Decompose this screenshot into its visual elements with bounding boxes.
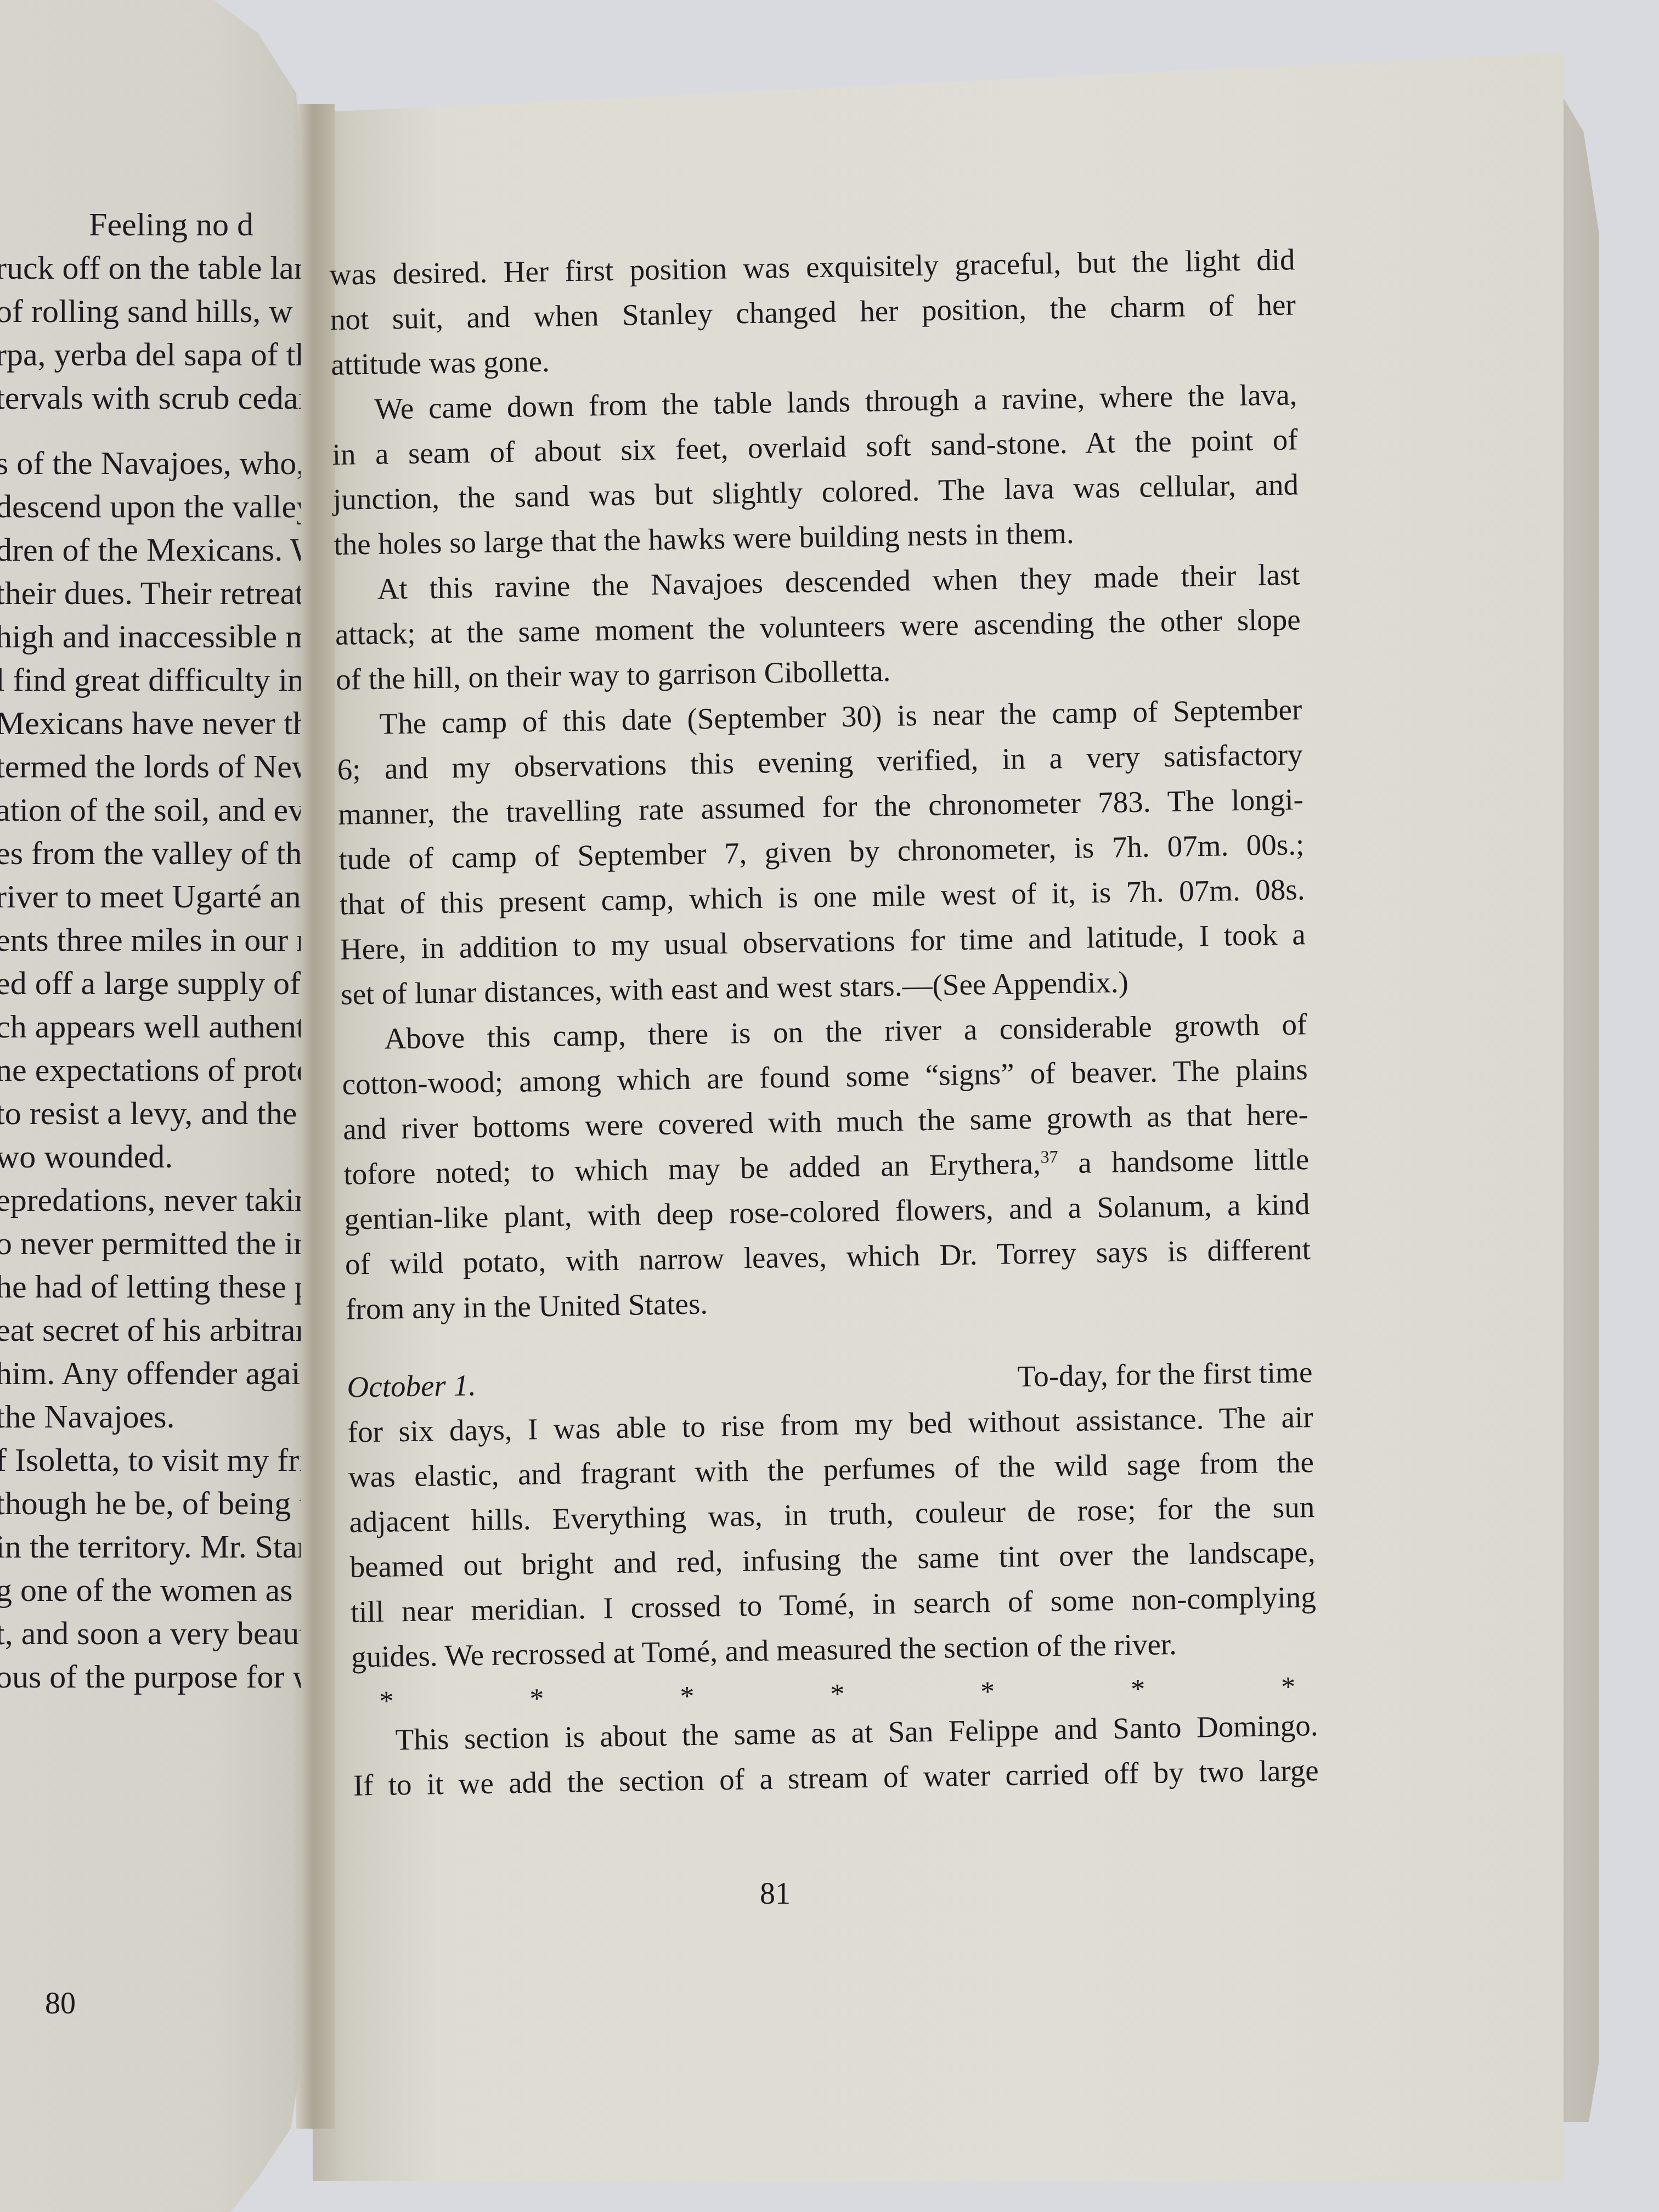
left-line: ed off a large supply of sheep: [0, 962, 303, 1005]
left-line: ch appears well authenticated: [0, 1005, 303, 1048]
left-line: him. Any offender against: [0, 1352, 303, 1395]
asterisk: *: [980, 1669, 995, 1708]
left-line: s of the Navajoes, who, wh: [0, 442, 303, 485]
entry-date: October 1.: [347, 1363, 476, 1410]
entry-first-line: To-day, for the first time: [1017, 1350, 1313, 1399]
left-line: to resist a levy, and the conse: [0, 1092, 303, 1135]
left-line: dren of the Mexicans. When: [0, 528, 303, 572]
left-line: ents three miles in our rear: [0, 918, 303, 962]
footnote-reference[interactable]: 37: [1040, 1147, 1058, 1166]
left-line: t, and soon a very beautiful: [0, 1612, 303, 1655]
left-line: he had of letting these peop: [0, 1265, 303, 1308]
left-line: in the territory. Mr. Stanly: [0, 1525, 303, 1568]
page-number-right: 81: [760, 1876, 791, 1911]
book-gutter: [296, 104, 335, 2129]
asterisk: *: [1131, 1667, 1145, 1706]
left-line: the Navajoes.: [0, 1395, 303, 1438]
left-line: o never permitted the inhab: [0, 1222, 303, 1265]
right-page-text: was desired. Her first position was exqu…: [329, 237, 1319, 1808]
left-line: f Isoletta, to visit my friend: [0, 1438, 303, 1482]
left-line: tervals with scrub cedar, ab: [0, 376, 303, 420]
left-line: Feeling no d: [0, 203, 303, 246]
asterisk: *: [830, 1672, 845, 1711]
asterisk: *: [379, 1679, 394, 1717]
left-line: wo wounded.: [0, 1135, 303, 1178]
left-line: of rolling sand hills, w: [0, 290, 303, 333]
left-line: ne expectations of protection: [0, 1048, 303, 1092]
page-number-left: 80: [45, 1986, 76, 2021]
left-line: high and inaccessible moun: [0, 615, 303, 658]
left-line: ous of the purpose for which: [0, 1655, 303, 1699]
left-line: l find great difficulty in over: [0, 658, 303, 702]
asterisk: *: [1281, 1665, 1296, 1703]
left-line: ruck off on the table lands: [0, 246, 303, 290]
left-line: though he be, of being the: [0, 1482, 303, 1525]
left-line: descend upon the valley a: [0, 485, 303, 528]
left-line: eat secret of his arbitrary: [0, 1308, 303, 1352]
left-line: epredations, never taking an: [0, 1178, 303, 1222]
left-page: Feeling no d ruck off on the table lands…: [0, 0, 307, 2212]
left-page-text: Feeling no d ruck off on the table lands…: [0, 203, 303, 1699]
text-segment: a handsome little: [1058, 1142, 1309, 1180]
left-line: es from the valley of the Del: [0, 832, 303, 875]
asterisk: *: [680, 1674, 695, 1713]
text-segment: tofore noted; to which may be added an E…: [343, 1147, 1041, 1191]
left-line: river to meet Ugarté and h: [0, 875, 303, 918]
left-line: rpa, yerba del sapa of the: [0, 333, 303, 376]
left-line: Mexicans have never thoug: [0, 702, 303, 745]
left-line: termed the lords of New M: [0, 745, 303, 788]
asterisk: *: [529, 1677, 544, 1715]
left-line: their dues. Their retreats a: [0, 572, 303, 615]
left-line: g one of the women as a sp: [0, 1568, 303, 1612]
left-line: ation of the soil, and even the: [0, 788, 303, 832]
